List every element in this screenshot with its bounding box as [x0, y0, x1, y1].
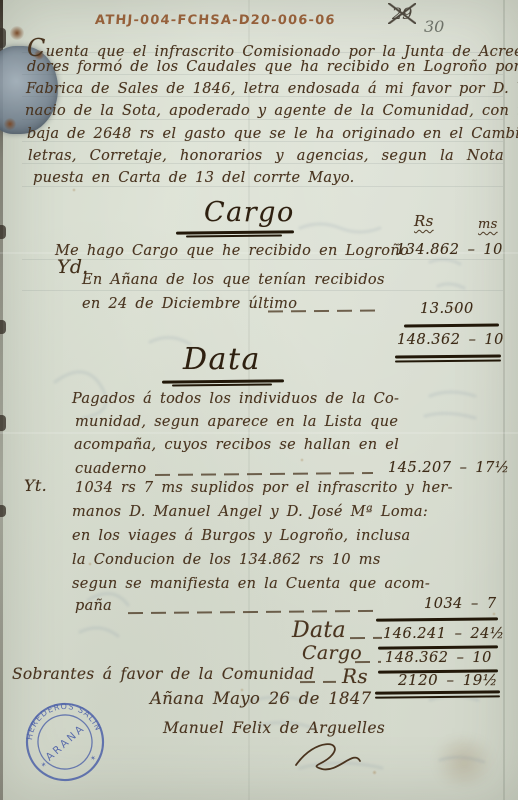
- data-heading: Data: [183, 342, 261, 377]
- entry-line: segun se manifiesta en la Cuenta que aco…: [72, 576, 430, 592]
- entry-line: paña: [75, 598, 112, 614]
- ink-spot: [10, 26, 24, 40]
- heading-underline: [172, 383, 272, 386]
- guide-line: [22, 119, 503, 120]
- leader-line: [350, 637, 382, 639]
- total-rule: [375, 695, 500, 698]
- entry-amount: 134.862 – 10: [396, 242, 503, 258]
- entry-line: la Conducion de los 134.862 rs 10 ms: [72, 552, 381, 568]
- entry-line: Pagados á todos los individuos de la Co-: [72, 391, 399, 407]
- entry-line: Me hago Cargo que he recibido en Logroño: [55, 243, 409, 259]
- leader-line: [268, 310, 378, 313]
- ink-spot: [4, 118, 16, 130]
- currency-header-reales: Rs: [414, 212, 434, 230]
- stamp-ring-text: Gª HEREDEROS SALINAS: [16, 693, 103, 745]
- entry-amount: 145.207 – 17½: [388, 460, 509, 476]
- manuscript-page: ATHJ-004-FCHSA-D20-006-06 29 30 Cuenta q…: [0, 0, 518, 800]
- stamp-star-icon: ✶: [40, 761, 47, 770]
- foxing-spot: [372, 770, 377, 775]
- sum-rule: [404, 324, 499, 327]
- summary-amount: 148.362 – 10: [385, 650, 492, 666]
- entry-amount: 1034 – 7: [424, 596, 497, 612]
- summary-amount: 146.241 – 24½: [383, 626, 504, 642]
- cargo-total: 148.362 – 10: [397, 332, 504, 348]
- intro-line: baja de 2648 rs el gasto que se le ha or…: [27, 126, 518, 142]
- svg-text:Gª HEREDEROS SALINAS: Gª HEREDEROS SALINAS: [16, 693, 103, 745]
- sum-rule: [378, 645, 498, 649]
- intro-line: nacio de la Sota, apoderado y agente de …: [25, 103, 518, 119]
- summary-label: Cargo: [302, 642, 362, 664]
- margin-label: Yt.: [24, 476, 47, 495]
- stamp-star-icon: ✶: [90, 754, 97, 763]
- signature-rubric-icon: [288, 735, 368, 777]
- intro-line: Cuenta que el infrascrito Comisionado po…: [27, 34, 518, 62]
- foxing-spot: [72, 188, 76, 192]
- heirs-salinas-stamp: Gª HEREDEROS SALINAS ARANA ✶ ✶: [16, 693, 113, 790]
- intro-line: Fabrica de Sales de 1846, letra endosada…: [26, 81, 518, 97]
- archival-reference: ATHJ-004-FCHSA-D20-006-06: [94, 13, 336, 28]
- sum-rule: [376, 617, 498, 621]
- paper-smudge: [428, 738, 500, 786]
- entry-line: En Añana de los que tenían recibidos: [82, 272, 385, 288]
- entry-line: manos D. Manuel Angel y D. José Mª Loma:: [72, 504, 428, 520]
- total-rule: [375, 690, 500, 694]
- dateline: Añana Mayo 26 de 1847: [150, 689, 371, 708]
- stamp-center-text: ARANA: [44, 722, 88, 764]
- binding-mark: [0, 320, 6, 334]
- sobrantes-amount: 2120 – 19½: [398, 671, 498, 689]
- sobrantes-label: Sobrantes á favor de la Comunidad: [12, 665, 314, 683]
- intro-line: letras, Corretaje, honorarios y agencias…: [28, 148, 504, 164]
- leader-line: [300, 681, 336, 683]
- leader-line: [128, 610, 378, 614]
- guide-line: [22, 290, 503, 291]
- total-rule: [395, 354, 501, 358]
- entry-line: 1034 rs 7 ms suplidos por el infrascrito…: [75, 480, 453, 496]
- crossed-out-number: 29: [388, 3, 416, 24]
- leader-line: [355, 661, 381, 663]
- entry-line: munidad, segun aparece en la Lista que: [75, 414, 398, 430]
- currency-header-maravedis: ms: [478, 217, 498, 232]
- leader-line: [155, 472, 373, 476]
- entry-line: en 24 de Diciembre último: [82, 296, 297, 312]
- entry-line: en los viages á Burgos y Logroño, inclus…: [72, 528, 410, 544]
- paper-crease: [503, 0, 505, 800]
- total-rule: [395, 359, 501, 362]
- entry-amount: 13.500: [420, 301, 474, 317]
- heading-underline: [186, 234, 282, 237]
- binding-mark: [0, 505, 6, 517]
- intro-line: dores formó de los Caudales que ha recib…: [27, 59, 518, 75]
- entry-line: cuaderno: [75, 461, 146, 477]
- entry-line: acompaña, cuyos recibos se hallan en el: [74, 437, 399, 453]
- cargo-heading: Cargo: [204, 197, 295, 228]
- guide-line: [22, 259, 503, 260]
- paper-crease: [0, 432, 518, 434]
- guide-line: [22, 186, 503, 187]
- summary-label: Data: [292, 618, 346, 643]
- intro-line: puesta en Carta de 13 del corrte Mayo.: [33, 170, 355, 186]
- foxing-spot: [300, 458, 304, 462]
- binding-mark: [0, 225, 6, 239]
- binding-mark: [0, 28, 6, 48]
- binding-mark: [0, 415, 6, 431]
- foxing-spot: [492, 612, 496, 616]
- currency-symbol: Rs: [342, 664, 368, 688]
